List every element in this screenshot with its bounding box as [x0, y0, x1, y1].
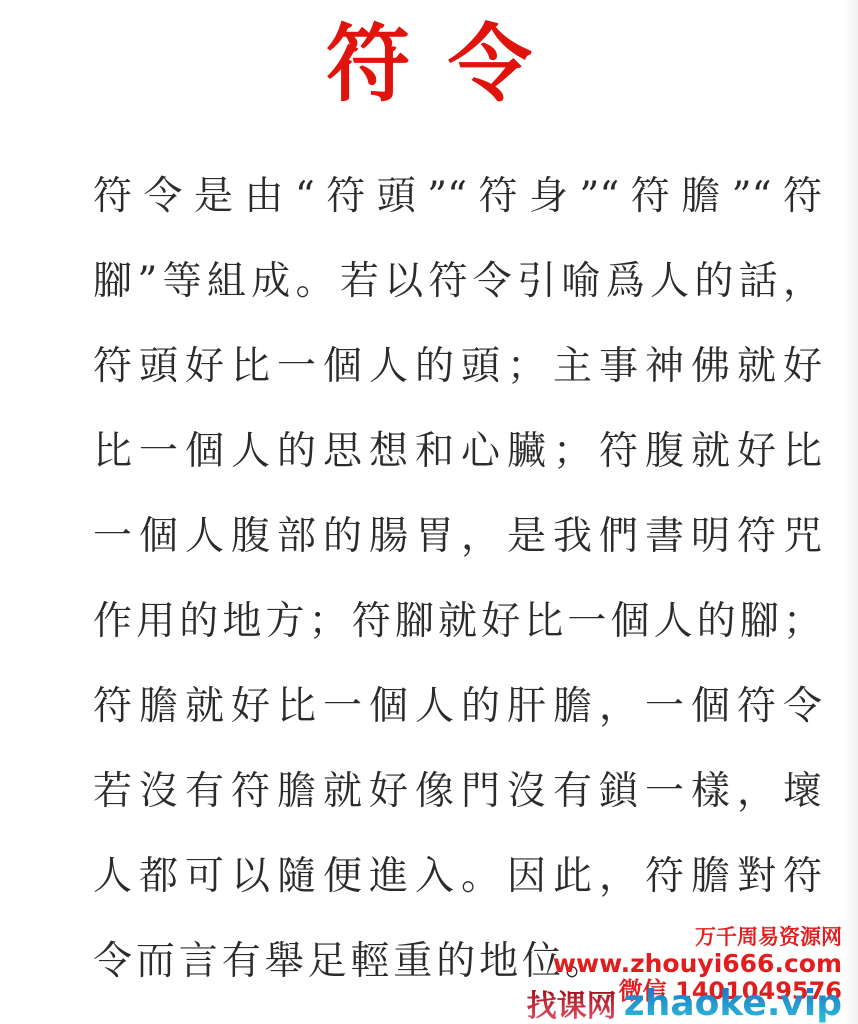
body-text: 符令是由“符頭”“符身”“符膽”“符 腳”等組成。若以符令引喻爲人的話， 符頭好…	[0, 154, 858, 1004]
watermark: 万千周易资源网 www.zhouyi666.com 微信 1401049576 …	[527, 926, 842, 1024]
body-line: 比一個人的思想和心臟；符腹就好比	[93, 409, 822, 494]
body-line: 符令是由“符頭”“符身”“符膽”“符	[93, 154, 822, 239]
document-page: 符令 符令是由“符頭”“符身”“符膽”“符 腳”等組成。若以符令引喻爲人的話， …	[0, 0, 858, 1024]
body-line: 符膽就好比一個人的肝膽，一個符令	[93, 664, 822, 749]
body-line: 人都可以隨便進入。因此，符膽對符	[93, 834, 822, 919]
watermark-overlay-site-url: zhaoke.vip	[624, 984, 842, 1024]
body-line: 腳”等組成。若以符令引喻爲人的話，	[93, 239, 822, 324]
watermark-site-name: 万千周易资源网	[527, 926, 842, 950]
body-line: 若沒有符膽就好像門沒有鎖一樣，壞	[93, 749, 822, 834]
body-line: 一個人腹部的腸胃，是我們書明符咒	[93, 494, 822, 579]
body-line: 符頭好比一個人的頭；主事神佛就好	[93, 324, 822, 409]
watermark-overlay-site-name: 找课网	[527, 990, 617, 1024]
watermark-site-url: www.zhouyi666.com	[527, 950, 842, 978]
body-line: 作用的地方；符腳就好比一個人的腳；	[93, 579, 822, 664]
page-title: 符令	[0, 10, 858, 118]
watermark-overlay: 找课网 zhaoke.vip	[527, 984, 842, 1024]
